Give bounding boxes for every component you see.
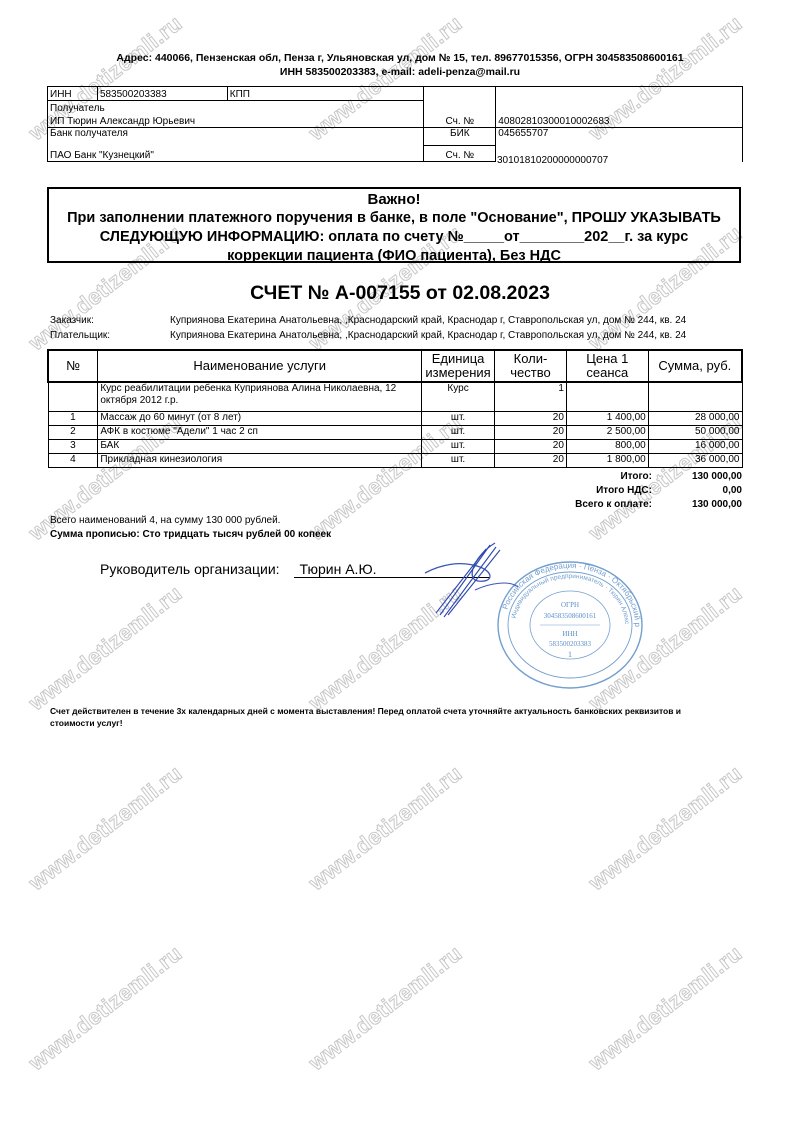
stamp-inn-label: ИНН (562, 630, 577, 638)
inn-value: 583500203383 (97, 87, 227, 101)
cell-name: Массаж до 60 минут (от 8 лет) (98, 412, 422, 426)
cell-qty: 20 (495, 440, 567, 454)
header-address: Адрес: 440066, Пензенская обл, Пенза г, … (0, 51, 800, 79)
watermark-text: www.detizemli.ru (24, 580, 187, 716)
cell-qty: 20 (495, 426, 567, 440)
bank-value: ПАО Банк "Кузнецкий" (48, 145, 424, 162)
course-qty: 1 (495, 382, 567, 412)
course-row: Курс реабилитации ребенка Куприянова Али… (48, 382, 742, 412)
stamp-mark: 1 (568, 650, 572, 659)
cell-name: Прикладная кинезиология (98, 454, 422, 468)
watermark-text: www.detizemli.ru (584, 940, 747, 1076)
count-line: Всего наименований 4, на сумму 130 000 р… (50, 514, 331, 528)
address-line: Адрес: 440066, Пензенская обл, Пенза г, … (0, 51, 800, 65)
table-row: 4Прикладная кинезиологияшт.201 800,0036 … (48, 454, 742, 468)
watermark-text: www.detizemli.ru (24, 760, 187, 896)
cell-unit: шт. (422, 426, 495, 440)
corr-account-value: 30101810200000000707 (497, 155, 608, 166)
recipient-value: ИП Тюрин Александр Юрьевич (48, 114, 424, 128)
recipient-label: Получатель (48, 101, 424, 115)
customer-value: Куприянова Екатерина Анатольевна, ,Красн… (170, 315, 686, 326)
footer-line-1: Счет действителен в течение 3х календарн… (50, 705, 750, 717)
watermark-text: www.detizemli.ru (304, 760, 467, 896)
account-value: 40802810300010002683 (496, 87, 743, 128)
cell-num: 4 (48, 454, 98, 468)
cell-unit: шт. (422, 454, 495, 468)
cell-unit: шт. (422, 440, 495, 454)
payer-row: Плательщик:Куприянова Екатерина Анатолье… (50, 330, 686, 341)
bik-label: БИК (424, 128, 496, 146)
invoice-page: www.detizemli.ruwww.detizemli.ruwww.deti… (0, 0, 800, 1131)
cell-name: БАК (98, 440, 422, 454)
due-row: Всего к оплате:130 000,00 (480, 498, 742, 512)
footer-note: Счет действителен в течение 3х календарн… (50, 705, 750, 729)
cell-price: 1 800,00 (566, 454, 648, 468)
totals-block: Итого:130 000,00 Итого НДС:0,00 Всего к … (480, 470, 742, 512)
course-unit: Курс (422, 382, 495, 412)
cell-price: 2 500,00 (566, 426, 648, 440)
cell-name: АФК в костюме "Адели" 1 час 2 сп (98, 426, 422, 440)
important-title: Важно! (49, 190, 739, 209)
watermark-text: www.detizemli.ru (584, 760, 747, 896)
table-row: 3БАКшт.20800,0016 000,00 (48, 440, 742, 454)
course-num (48, 382, 98, 412)
total-value: 130 000,00 (662, 470, 742, 484)
bank-details-table: ИНН 583500203383 КПП Сч. № 4080281030001… (47, 86, 743, 162)
invoice-title: СЧЕТ № А-007155 от 02.08.2023 (0, 282, 800, 305)
cell-price: 800,00 (566, 440, 648, 454)
contact-line: ИНН 583500203383, e-mail: adeli-penza@ma… (0, 65, 800, 79)
header-qty: Коли-чество (495, 350, 567, 382)
header-sum: Сумма, руб. (648, 350, 742, 382)
course-sum (648, 382, 742, 412)
payer-value: Куприянова Екатерина Анатольевна, ,Красн… (170, 330, 686, 341)
important-notice: Важно! При заполнении платежного поручен… (47, 187, 741, 263)
course-name: Курс реабилитации ребенка Куприянова Али… (98, 382, 422, 412)
inn-label: ИНН (48, 87, 98, 101)
cell-qty: 20 (495, 412, 567, 426)
vat-label: Итого НДС: (482, 484, 662, 498)
payer-label: Плательщик: (50, 330, 170, 341)
vat-value: 0,00 (662, 484, 742, 498)
cell-num: 2 (48, 426, 98, 440)
total-label: Итого: (482, 470, 662, 484)
header-unit: Единицаизмерения (422, 350, 495, 382)
watermark-text: www.detizemli.ru (304, 940, 467, 1076)
items-table: № Наименование услуги Единицаизмерения К… (47, 349, 743, 468)
cell-num: 1 (48, 412, 98, 426)
total-row: Итого:130 000,00 (480, 470, 742, 484)
cell-price: 1 400,00 (566, 412, 648, 426)
cell-sum: 28 000,00 (648, 412, 742, 426)
stamp-ogrn-value: 304583508600161 (544, 612, 597, 620)
cell-unit: шт. (422, 412, 495, 426)
signature-label: Руководитель организации: (100, 561, 280, 577)
cell-sum: 50 000,00 (648, 426, 742, 440)
bank-label: Банк получателя (48, 128, 424, 146)
corr-account-label: Сч. № (424, 145, 496, 162)
cell-sum: 16 000,00 (648, 440, 742, 454)
handwritten-signature-icon (420, 535, 530, 625)
table-row: 2АФК в костюме "Адели" 1 час 2 спшт.202 … (48, 426, 742, 440)
stamp-ogrn-label: ОГРН (561, 601, 579, 609)
table-row: 1Массаж до 60 минут (от 8 лет)шт.201 400… (48, 412, 742, 426)
account-label: Сч. № (424, 87, 496, 128)
due-label: Всего к оплате: (482, 498, 662, 512)
stamp-inn-value: 583500203383 (549, 640, 592, 648)
course-price (566, 382, 648, 412)
header-price: Цена 1сеанса (566, 350, 648, 382)
header-name: Наименование услуги (98, 350, 422, 382)
customer-label: Заказчик: (50, 315, 170, 326)
vat-row: Итого НДС:0,00 (480, 484, 742, 498)
footer-line-2: стоимости услуг! (50, 717, 750, 729)
watermark-text: www.detizemli.ru (24, 940, 187, 1076)
important-line-1: При заполнении платежного поручения в ба… (49, 209, 739, 228)
kpp-label: КПП (227, 87, 424, 101)
summary-block: Всего наименований 4, на сумму 130 000 р… (50, 514, 331, 542)
due-value: 130 000,00 (662, 498, 742, 512)
header-num: № (48, 350, 98, 382)
cell-qty: 20 (495, 454, 567, 468)
cell-sum: 36 000,00 (648, 454, 742, 468)
important-line-2: СЛЕДУЮЩУЮ ИНФОРМАЦИЮ: оплата по счету №_… (49, 228, 739, 247)
amount-in-words: Сумма прописью: Сто тридцать тысяч рубле… (50, 528, 331, 542)
important-line-3: коррекции пациента (ФИО пациента), Без Н… (49, 247, 739, 266)
cell-num: 3 (48, 440, 98, 454)
customer-row: Заказчик:Куприянова Екатерина Анатольевн… (50, 315, 686, 326)
